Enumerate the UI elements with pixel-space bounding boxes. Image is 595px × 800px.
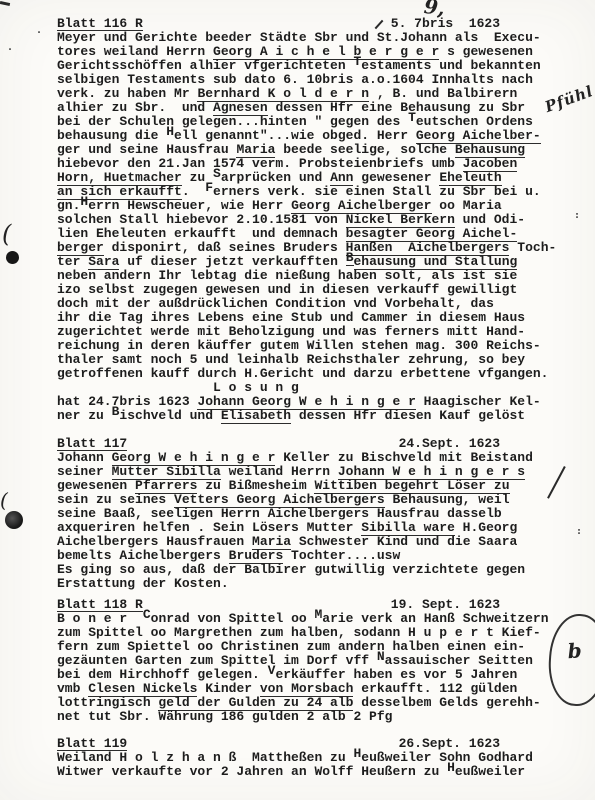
- text-line: gezäunten Garten zum Spittel im Dorf vff…: [57, 654, 562, 668]
- section-date: 24.Sept. 1623: [399, 437, 500, 451]
- text-line: L o s u n g: [57, 381, 562, 395]
- text-line: berger disponirt, daß seines Bruders Han…: [57, 241, 562, 255]
- text-line: lien Eheleuten erkaufft und demnach besa…: [57, 227, 562, 241]
- text-line: Erstattung der Kosten.: [57, 577, 562, 591]
- text-line: Aichelbergers Hausfrauen Maria Schwester…: [57, 535, 562, 549]
- document-section: Blatt 118 R19. Sept. 1623B o n e r Conra…: [57, 598, 562, 724]
- text-line: axqueriren helfen . Sein Lösers Mutter S…: [57, 521, 562, 535]
- handwritten-page-number: 9,: [423, 0, 445, 15]
- text-line: hat 24.7bris 1623 Johann Georg W e h i n…: [57, 395, 562, 409]
- text-line: seiner Mutter Sibilla weiland Herrn Joha…: [57, 465, 562, 479]
- text-line: hiebevor den 21.Jan 1574 verm. Probsteie…: [57, 157, 562, 171]
- text-line: Johann Georg W e h i n g e r Keller zu B…: [57, 451, 562, 465]
- text-line: ger und seine Hausfrau Maria beede seeli…: [57, 143, 562, 157]
- text-line: zum Spittel oo Margrethen zum halben, so…: [57, 626, 562, 640]
- text-line: vmb Clesen Nickels Kinder von Morsbach e…: [57, 682, 562, 696]
- text-line: zugerichtet werde mit Beholzigung und wa…: [57, 325, 562, 339]
- section-date: 5. 7bris 1623: [391, 17, 500, 31]
- section-heading: Blatt 118 R: [57, 598, 143, 612]
- text-line: gewesenen Pfarrers zu Bißmesheim Wittibe…: [57, 479, 562, 493]
- section-heading-row: Blatt 11724.Sept. 1623: [57, 437, 562, 451]
- ink-blob: [5, 511, 23, 529]
- text-line: Gerichtsschöffen alhier vfgerichteten Te…: [57, 59, 562, 73]
- section-heading: Blatt 116 R: [57, 17, 143, 31]
- ink-speck: .: [36, 24, 42, 38]
- text-line: Meyer und Gerichte beeder Städte Sbr und…: [57, 31, 562, 45]
- ink-dot: [6, 251, 19, 264]
- margin-paren-mark-2: (: [0, 493, 8, 507]
- text-line: behausung die Hell genannt"...wie obged.…: [57, 129, 562, 143]
- text-line: an sich erkaufft. Ferners verk. sie eine…: [57, 185, 562, 199]
- text-line: getroffenen kauff durch H.Gericht und da…: [57, 367, 562, 381]
- section-heading-row: Blatt 116 R5. 7bris 1623: [57, 17, 562, 31]
- text-line: alhier zu Sbr. und Agnesen dessen Hfr ei…: [57, 101, 562, 115]
- circle-annotation-glyph: b: [567, 643, 582, 658]
- text-line: thaler samt noch 5 und leinhalb Reichsth…: [57, 353, 562, 367]
- text-line: gn.Herrn Hewscheuer, wie Herr Georg Aich…: [57, 199, 562, 213]
- document-body: Blatt 116 R5. 7bris 1623Meyer und Gerich…: [57, 17, 562, 779]
- text-line: doch mit der außdrücklichen Condition vn…: [57, 297, 562, 311]
- text-line: Horn, Huetmacher zu Sarprücken und Ann g…: [57, 171, 562, 185]
- corner-ink-dash: [0, 1, 10, 6]
- ink-speck: :: [576, 525, 582, 539]
- section-date: 26.Sept. 1623: [399, 737, 500, 751]
- document-section: Blatt 11926.Sept. 1623Weiland H o l z h …: [57, 737, 562, 779]
- text-line: solchen Stall hiebevor 2.10.1581 von Nic…: [57, 213, 562, 227]
- text-line: izo selbst zugegen gewesen und in diesen…: [57, 283, 562, 297]
- text-line: selbigen Testaments sub dato 6. 10bris a…: [57, 73, 562, 87]
- section-heading: Blatt 119: [57, 737, 127, 751]
- text-line: bemelts Aichelbergers Bruders Tochter...…: [57, 549, 562, 563]
- text-line: bei dem Hirchhoff gelegen. Verkäuffer ha…: [57, 668, 562, 682]
- section-heading-row: Blatt 11926.Sept. 1623: [57, 737, 562, 751]
- text-line: sein zu seines Vetters Georg Aichelberge…: [57, 493, 562, 507]
- text-line: ner zu Bischveld und Elisabeth dessen Hf…: [57, 409, 562, 423]
- text-line: reichung in deren käuffer gutem Willen s…: [57, 339, 562, 353]
- text-line: ter Sara uf dieser jetzt verkaufften Beh…: [57, 255, 562, 269]
- ink-speck: :: [574, 209, 580, 223]
- text-line: seine Baaß, seeligen Herrn Aichelbergers…: [57, 507, 562, 521]
- text-line: fern zum Spiettel oo Christinen zum ande…: [57, 640, 562, 654]
- margin-paren-mark-1: (: [2, 227, 11, 241]
- scanned-document-page: Blatt 116 R5. 7bris 1623Meyer und Gerich…: [0, 0, 595, 800]
- text-line: bei der Schulen gelegen...hinten " gegen…: [57, 115, 562, 129]
- text-line: Weiland H o l z h a n ß Mattheßen zu Heu…: [57, 751, 562, 765]
- text-line: tores weiland Herrn Georg A i c h e l b …: [57, 45, 562, 59]
- text-line: net tut Sbr. Währung 186 gulden 2 alb 2 …: [57, 710, 562, 724]
- text-line: ihr die Tag ihres Lebens eine Stub und C…: [57, 311, 562, 325]
- text-line: lottringisch geld der Gulden zu 24 alb d…: [57, 696, 562, 710]
- document-section: Blatt 11724.Sept. 1623Johann Georg W e h…: [57, 437, 562, 591]
- section-heading-row: Blatt 118 R19. Sept. 1623: [57, 598, 562, 612]
- document-section: Blatt 116 R5. 7bris 1623Meyer und Gerich…: [57, 17, 562, 423]
- text-line: neben andern Ihr lebtag die nießung habe…: [57, 269, 562, 283]
- text-line: B o n e r Conrad von Spittel oo Marie ve…: [57, 612, 562, 626]
- section-heading: Blatt 117: [57, 437, 127, 451]
- ink-speck: .: [7, 41, 13, 55]
- text-line: Witwer verkaufte vor 2 Jahren an Wolff H…: [57, 765, 562, 779]
- text-line: verk. zu haben Mr Bernhard K o l d e r n…: [57, 87, 562, 101]
- text-line: Es ging so aus, daß der Balbirer gutwill…: [57, 563, 562, 577]
- section-date: 19. Sept. 1623: [391, 598, 500, 612]
